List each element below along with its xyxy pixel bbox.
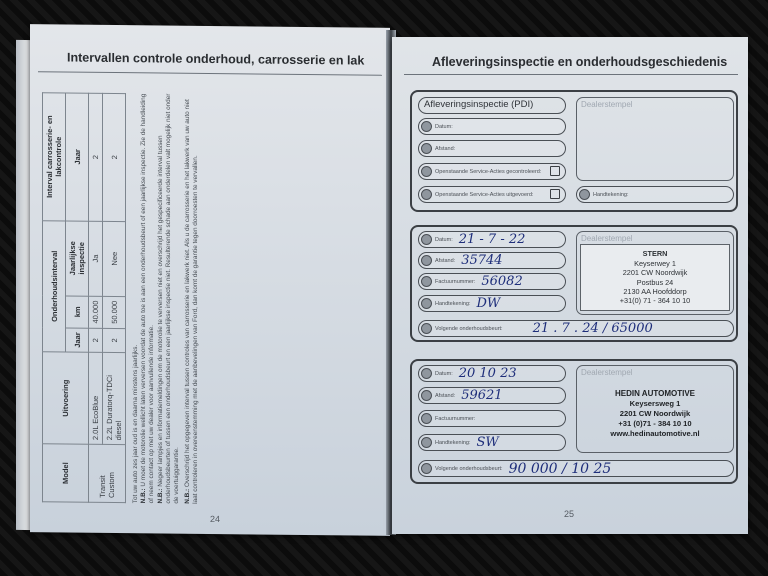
- left-page: Intervallen controle onderhoud, carrosse…: [30, 24, 390, 536]
- volgende-value: 90 000 / 10 25: [509, 461, 612, 477]
- factuurnummer-field[interactable]: Factuurnummer:: [418, 410, 566, 427]
- bullet-icon: [421, 413, 432, 424]
- field-label: Handtekening:: [593, 192, 628, 198]
- stamp-line: 2130 AA Hoofddorp: [581, 287, 729, 296]
- field-label: Volgende onderhoudsbeurt:: [435, 466, 503, 472]
- field-label: Afstand:: [435, 258, 455, 264]
- volgende-field[interactable]: Volgende onderhoudsbeurt: 90 000 / 10 25: [418, 460, 734, 477]
- title-divider: [404, 74, 738, 75]
- stamp-line: 2201 CW Noordwijk: [581, 268, 729, 277]
- checkbox-uitgevoerd[interactable]: [550, 189, 560, 199]
- header-jaar: Jaar: [66, 328, 89, 353]
- page-number: 24: [210, 514, 220, 524]
- right-page-title: Afleveringsinspectie en onderhoudsgeschi…: [432, 55, 727, 69]
- stamp-box: Dealerstempel STERN Keyserwey 1 2201 CW …: [576, 231, 734, 315]
- bullet-icon: [421, 463, 432, 474]
- pdi-service-gecontroleerd-field[interactable]: Openstaande Service-Acties gecontroleerd…: [418, 163, 566, 180]
- volgende-value: 21 . 7 . 24 / 65000: [533, 321, 653, 336]
- factuurnummer-value: 56082: [481, 274, 522, 289]
- field-label: Afstand:: [435, 146, 455, 152]
- cell-km: 50.000: [103, 296, 126, 328]
- field-label: Datum:: [435, 237, 453, 243]
- stamp-label: Dealerstempel: [581, 100, 633, 109]
- dealer-stamp-hedin: HEDIN AUTOMOTIVE Keysersweg 1 2201 CW No…: [580, 378, 730, 449]
- cell-uitvoering: 2.0L EcoBlue: [89, 352, 103, 444]
- pdi-datum-field[interactable]: Datum:: [418, 118, 566, 135]
- pdi-afstand-field[interactable]: Afstand:: [418, 140, 566, 157]
- signature: DW: [476, 296, 500, 311]
- left-page-title: Intervallen controle onderhoud, carrosse…: [67, 51, 364, 68]
- field-label: Datum:: [435, 124, 453, 130]
- note-2: N.B.: Negeer lampjes en informatiemeldin…: [157, 93, 182, 503]
- stamp-box: Dealerstempel HEDIN AUTOMOTIVE Keyserswe…: [576, 365, 734, 453]
- cell-km: 40.000: [89, 296, 103, 328]
- afstand-value: 35744: [461, 253, 502, 268]
- notes: Tot uw auto zes jaar oud is en daarna mi…: [132, 93, 201, 504]
- note-3: N.B.: Overschrijd het opgegeven interval…: [184, 94, 200, 504]
- header-onderhoudsinterval: Onderhoudsinterval: [43, 220, 66, 352]
- note-text: Negeer lampjes en informatiemeldingen om…: [157, 94, 180, 504]
- pdi-handtekening-field[interactable]: Handtekening:: [576, 186, 734, 203]
- datum-field[interactable]: Datum: 21 - 7 - 22: [418, 231, 566, 248]
- header-model: Model: [43, 444, 89, 502]
- field-label: Openstaande Service-Acties gecontroleerd…: [435, 169, 541, 175]
- field-label: Openstaande Service-Acties uitgevoerd:: [435, 192, 533, 198]
- field-label: Factuurnummer:: [435, 416, 475, 422]
- stamp-line: +31 (0)71 - 384 10 10: [580, 419, 730, 429]
- cell-inspectie: Nee: [103, 221, 126, 296]
- cell-jaar: 2: [103, 328, 126, 353]
- page-number: 25: [564, 509, 574, 519]
- bullet-icon: [421, 323, 432, 334]
- afstand-value: 59621: [461, 388, 502, 403]
- field-label: Datum:: [435, 371, 453, 377]
- header-jaarlijkse-inspectie: Jaarlijkse inspectie: [66, 221, 89, 296]
- title-divider: [38, 71, 382, 76]
- table-row: 2.2L Duratorq-TDCi diesel 2 50.000 Nee 2: [103, 93, 126, 502]
- stamp-line: Postbus 24: [581, 278, 729, 287]
- header-interval-carrosserie: Interval carrosserie- en lakcontrole: [43, 93, 66, 221]
- cell-carrosserie: 2: [89, 93, 103, 221]
- table-row: Transit Custom 2.0L EcoBlue 2 40.000 Ja …: [89, 93, 103, 502]
- field-label: Handtekening:: [435, 301, 470, 307]
- bullet-icon: [421, 368, 432, 379]
- stamp-line: STERN: [581, 249, 729, 258]
- dealer-stamp-stern: STERN Keyserwey 1 2201 CW Noordwijk Post…: [580, 244, 730, 311]
- afstand-field[interactable]: Afstand: 35744: [418, 252, 566, 269]
- stamp-line: Keysersweg 1: [580, 399, 730, 409]
- bullet-icon: [421, 143, 432, 154]
- stamp-line: 2201 CW Noordwijk: [580, 409, 730, 419]
- header-km: km: [66, 296, 89, 328]
- stamp-line: www.hedinautomotive.nl: [580, 429, 730, 439]
- signature: SW: [476, 435, 498, 450]
- field-label: Afstand:: [435, 393, 455, 399]
- stamp-line: Keyserwey 1: [581, 259, 729, 268]
- stamp-line: HEDIN AUTOMOTIVE: [580, 389, 730, 399]
- note-label: N.B.:: [140, 488, 147, 503]
- service-entry-2: Datum: 20 10 23 Afstand: 59621 Factuurnu…: [410, 359, 738, 484]
- field-label: Handtekening:: [435, 440, 470, 446]
- pdi-block: Afleveringsinspectie (PDI) Datum: Afstan…: [410, 90, 738, 212]
- header-carrosserie-jaar: Jaar: [66, 93, 89, 221]
- stamp-label: Dealerstempel: [581, 234, 633, 243]
- field-label: Factuurnummer:: [435, 279, 475, 285]
- datum-value: 21 - 7 - 22: [459, 232, 526, 247]
- bullet-icon: [421, 255, 432, 266]
- handtekening-field[interactable]: Handtekening: SW: [418, 434, 566, 451]
- bullet-icon: [421, 276, 432, 287]
- note-text: U moet de motorolie wellicht laten verve…: [140, 94, 155, 504]
- datum-value: 20 10 23: [459, 366, 517, 381]
- cell-inspectie: Ja: [89, 221, 103, 296]
- pdi-title: Afleveringsinspectie (PDI): [418, 97, 566, 114]
- volgende-field[interactable]: Volgende onderhoudsbeurt: 21 . 7 . 24 / …: [418, 320, 734, 337]
- bullet-icon: [421, 390, 432, 401]
- pdi-stamp-box: Dealerstempel: [576, 97, 734, 181]
- service-entry-1: Datum: 21 - 7 - 22 Afstand: 35744 Factuu…: [410, 225, 738, 342]
- bullet-icon: [421, 234, 432, 245]
- cell-uitvoering: 2.2L Duratorq-TDCi diesel: [103, 353, 126, 445]
- note-label: N.B.:: [184, 489, 191, 504]
- checkbox-gecontroleerd[interactable]: [550, 166, 560, 176]
- note-label: N.B.:: [157, 489, 164, 504]
- bullet-icon: [421, 189, 432, 200]
- stamp-label: Dealerstempel: [581, 368, 633, 377]
- interval-table: Model Uitvoering Onderhoudsinterval Inte…: [42, 92, 126, 503]
- field-label: Volgende onderhoudsbeurt:: [435, 326, 503, 332]
- handtekening-field[interactable]: Handtekening: DW: [418, 295, 566, 312]
- cell-jaar: 2: [89, 328, 103, 353]
- bullet-icon: [421, 437, 432, 448]
- bullet-icon: [421, 121, 432, 132]
- cell-model: Transit Custom: [89, 445, 126, 503]
- afstand-field[interactable]: Afstand: 59621: [418, 387, 566, 404]
- bullet-icon: [421, 166, 432, 177]
- datum-field[interactable]: Datum: 20 10 23: [418, 365, 566, 382]
- header-uitvoering: Uitvoering: [43, 352, 89, 445]
- note-intro: Tot uw auto zes jaar oud is en daarna mi…: [132, 93, 140, 503]
- right-page: Afleveringsinspectie en onderhoudsgeschi…: [392, 37, 748, 534]
- stamp-line: +31(0) 71 - 364 10 10: [581, 296, 729, 305]
- cell-carrosserie: 2: [103, 93, 126, 221]
- bullet-icon: [421, 298, 432, 309]
- pdi-service-uitgevoerd-field[interactable]: Openstaande Service-Acties uitgevoerd:: [418, 186, 566, 203]
- factuurnummer-field[interactable]: Factuurnummer: 56082: [418, 273, 566, 290]
- note-1: N.B.: U moet de motorolie wellicht laten…: [140, 93, 156, 503]
- interval-table-rotated: Model Uitvoering Onderhoudsinterval Inte…: [42, 92, 212, 504]
- bullet-icon: [579, 189, 590, 200]
- note-text: Overschrijd het opgegeven interval tusse…: [184, 99, 199, 504]
